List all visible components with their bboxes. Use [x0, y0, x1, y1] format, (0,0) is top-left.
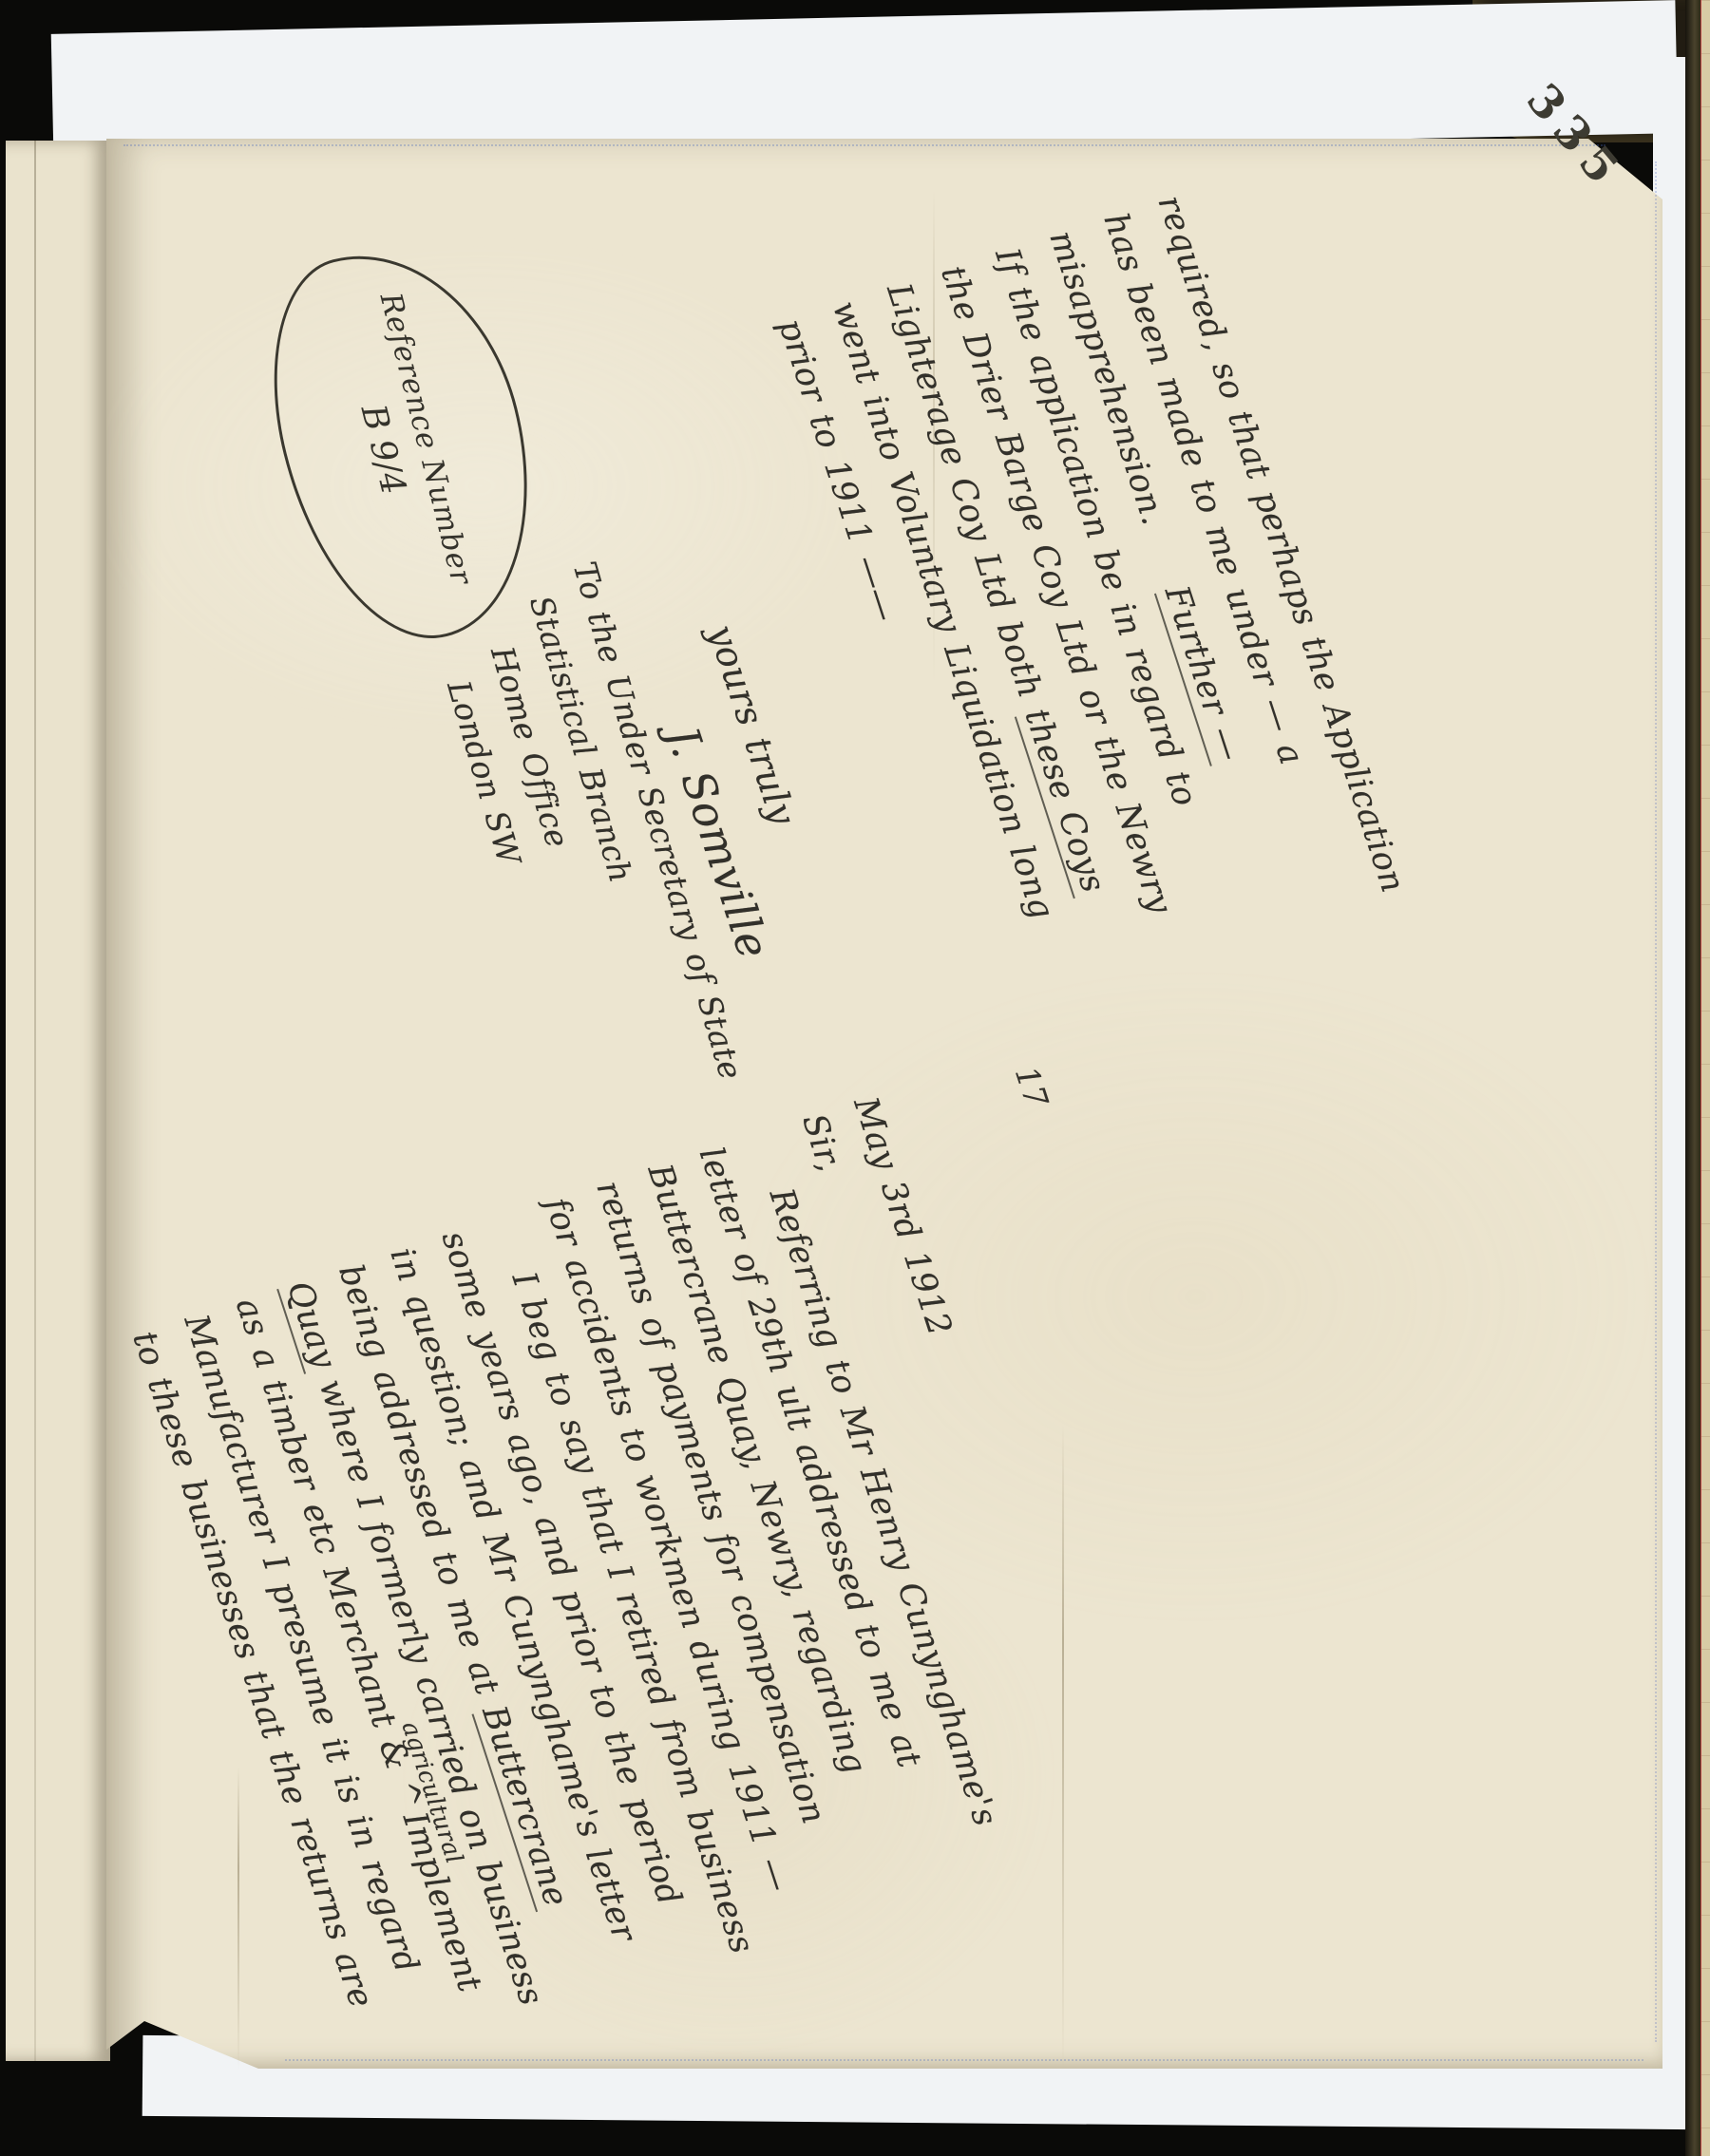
- paper-crease-left: [237, 1767, 239, 2071]
- previous-page-edge: [6, 141, 110, 2061]
- deckle-edge-right: [1655, 161, 1657, 2042]
- scanned-letter-page: 335 Reference Number B 9/4 required, so …: [0, 0, 1710, 2156]
- deckle-edge-top: [123, 144, 1605, 146]
- deckle-edge-bottom: [285, 2059, 1643, 2061]
- page-crease: [34, 141, 36, 2061]
- ledger-page-edge: [1700, 0, 1710, 2156]
